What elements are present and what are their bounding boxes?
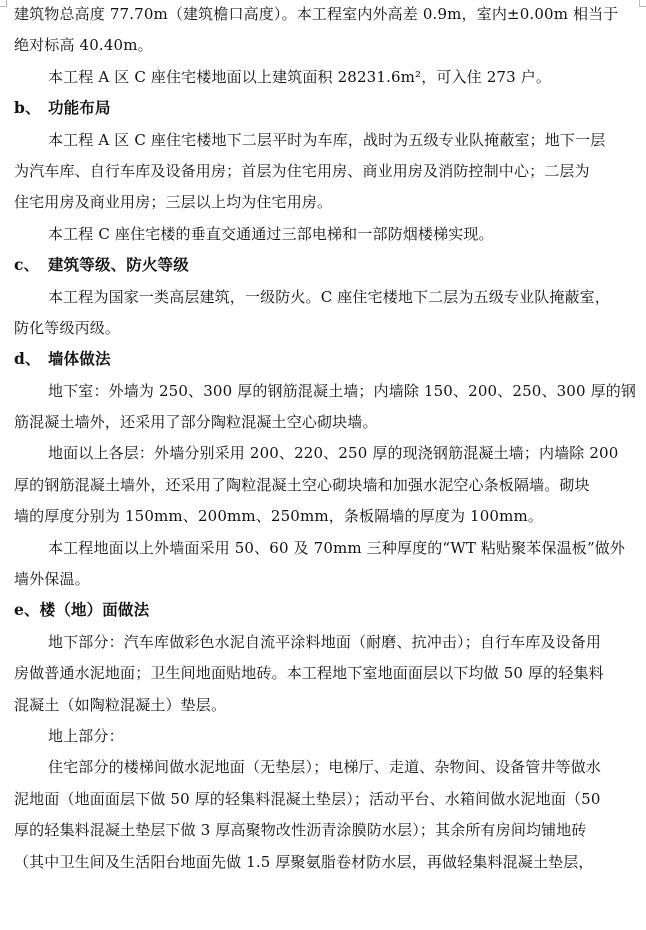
- section-heading-c: c、建筑等级、防火等级: [14, 253, 632, 284]
- text-line: 地上部分：: [14, 724, 632, 755]
- text-line: 混凝土（如陶粒混凝土）垫层。: [14, 693, 632, 724]
- page-margin-corner-mark-left: [0, 0, 7, 7]
- text-line: 厚的钢筋混凝土墙外，还采用了陶粒混凝土空心砌块墙和加强水泥空心条板隔墙。砌块: [14, 473, 632, 504]
- text-line: 泥地面（地面面层下做 50 厚的轻集料混凝土垫层）；活动平台、水箱间做水泥地面（…: [14, 787, 632, 818]
- section-heading-b: b、功能布局: [14, 96, 632, 127]
- section-title: 楼（地）面做法: [40, 600, 150, 619]
- text-line: 本工程 C 座住宅楼的垂直交通通过三部电梯和一部防烟楼梯实现。: [14, 222, 632, 253]
- text-line: 本工程地面以上外墙面采用 50、60 及 70mm 三种厚度的“WT 粘贴聚苯保…: [14, 536, 632, 567]
- text-line: 房做普通水泥地面；卫生间地面贴地砖。本工程地下室地面面层以下均做 50 厚的轻集…: [14, 661, 632, 692]
- text-line: 住宅用房及商业用房；三层以上均为住宅用房。: [14, 190, 632, 221]
- section-title: 墙体做法: [48, 349, 111, 368]
- section-label: c、: [14, 253, 48, 277]
- section-heading-e: e、楼（地）面做法: [14, 598, 632, 629]
- text-line: 墙的厚度分别为 150mm、200mm、250mm，条板隔墙的厚度为 100mm…: [14, 504, 632, 535]
- text-line: 地下部分：汽车库做彩色水泥自流平涂料地面（耐磨、抗冲击）；自行车库及设备用: [14, 630, 632, 661]
- text-line: 本工程 A 区 C 座住宅楼地下二层平时为车库，战时为五级专业队掩蔽室；地下一层: [14, 128, 632, 159]
- section-title: 建筑等级、防火等级: [48, 255, 189, 274]
- text-line: 建筑物总高度 77.70m（建筑檐口高度）。本工程室内外高差 0.9m，室内±0…: [14, 2, 632, 33]
- section-label: e、: [14, 598, 40, 622]
- text-line: 厚的轻集料混凝土垫层下做 3 厚高聚物改性沥青涂膜防水层）；其余所有房间均铺地砖: [14, 818, 632, 849]
- text-line: 地面以上各层：外墙分别采用 200、220、250 厚的现浇钢筋混凝土墙；内墙除…: [14, 441, 632, 472]
- section-heading-d: d、墙体做法: [14, 347, 632, 378]
- section-title: 功能布局: [48, 98, 111, 117]
- text-line: 本工程为国家一类高层建筑，一级防火。C 座住宅楼地下二层为五级专业队掩蔽室，: [14, 285, 632, 316]
- text-line: 住宅部分的楼梯间做水泥地面（无垫层）；电梯厅、走道、杂物间、设备管井等做水: [14, 755, 632, 786]
- text-line: 地下室：外墙为 250、300 厚的钢筋混凝土墙；内墙除 150、200、250…: [14, 379, 632, 410]
- text-line: 本工程 A 区 C 座住宅楼地面以上建筑面积 28231.6m²，可入住 273…: [14, 65, 632, 96]
- text-line: 筋混凝土墙外，还采用了部分陶粒混凝土空心砌块墙。: [14, 410, 632, 441]
- text-line: 为汽车库、自行车库及设备用房；首层为住宅用房、商业用房及消防控制中心；二层为: [14, 159, 632, 190]
- page-margin-corner-mark-right: [639, 0, 646, 7]
- text-line: 墙外保温。: [14, 567, 632, 598]
- section-label: b、: [14, 96, 48, 120]
- document-page: 建筑物总高度 77.70m（建筑檐口高度）。本工程室内外高差 0.9m，室内±0…: [0, 0, 646, 930]
- text-line: 绝对标高 40.40m。: [14, 33, 632, 64]
- text-line: （其中卫生间及生活阳台地面先做 1.5 厚聚氨脂卷材防水层，再做轻集料混凝土垫层…: [14, 850, 632, 881]
- document-body: 建筑物总高度 77.70m（建筑檐口高度）。本工程室内外高差 0.9m，室内±0…: [14, 2, 632, 881]
- section-label: d、: [14, 347, 48, 371]
- text-line: 防化等级丙级。: [14, 316, 632, 347]
